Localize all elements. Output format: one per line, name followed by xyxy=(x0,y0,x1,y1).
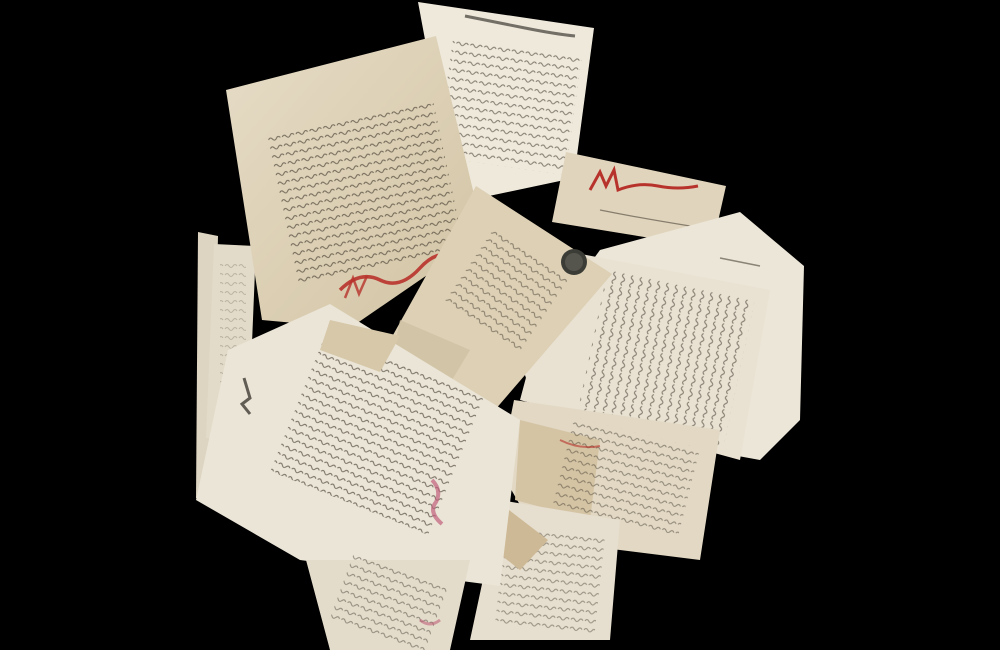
manuscript-photo xyxy=(0,0,1000,650)
